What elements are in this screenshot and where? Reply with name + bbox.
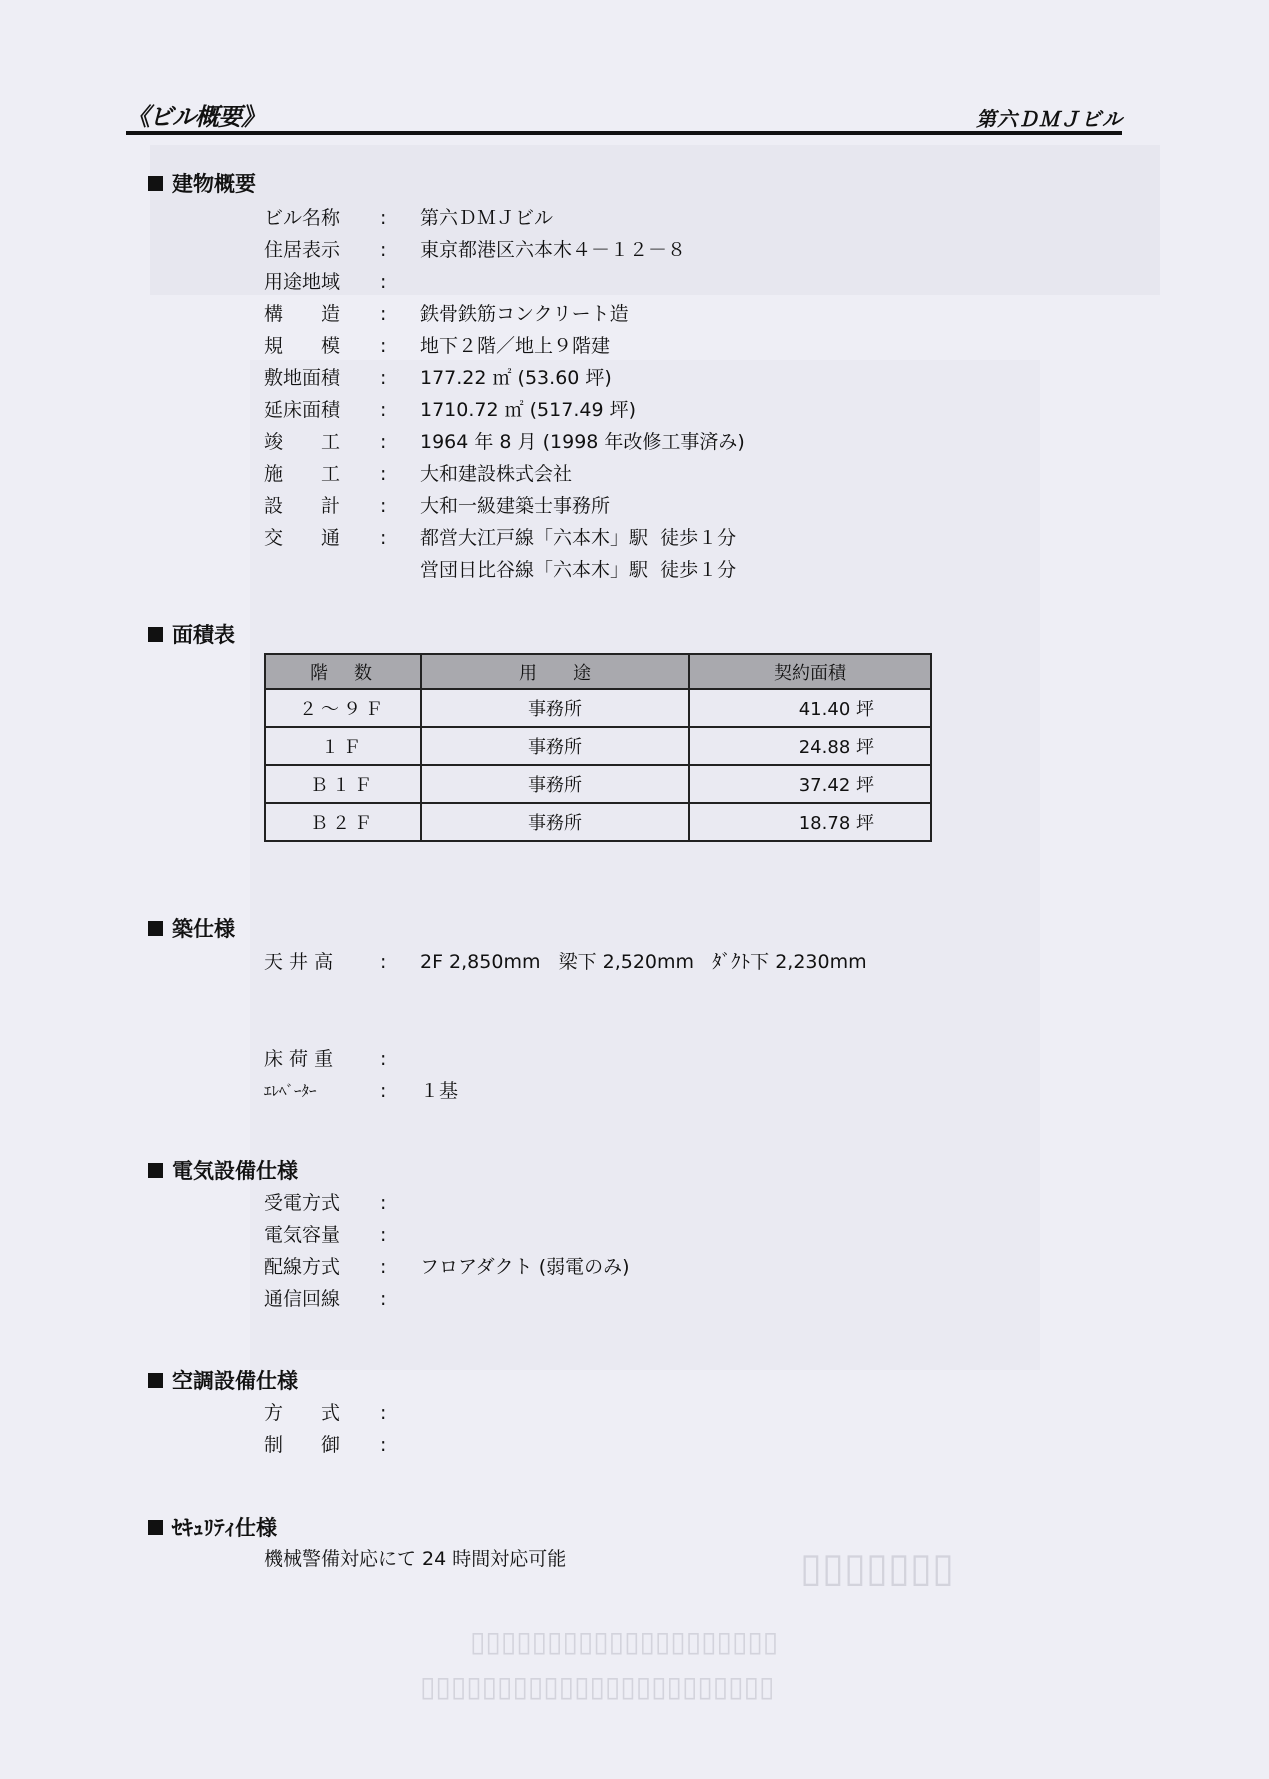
security-row: 機械警備対応にて 24 時間対応可能 <box>264 1543 566 1575</box>
field-label: 用途地域 <box>264 266 374 298</box>
colon: : <box>374 1397 420 1429</box>
colon: : <box>374 426 420 458</box>
field-label: 竣 工 <box>264 426 374 458</box>
bleed-through-text: ▯▯▯▯▯▯▯▯▯▯▯▯▯▯▯▯▯▯▯▯ <box>470 1625 778 1658</box>
section-title-electrical: 電気設備仕様 <box>148 1155 298 1185</box>
cell-floor: １Ｆ <box>265 727 421 765</box>
section-title-security: ｾｷｭﾘﾃｨ仕様 <box>148 1512 277 1542</box>
overview-row: 敷地面積:177.22 ㎡ (53.60 坪) <box>264 362 745 394</box>
cell-floor: ２～９Ｆ <box>265 689 421 727</box>
section-title-text: 面積表 <box>172 619 235 649</box>
square-bullet-icon <box>148 627 163 642</box>
overview-row: 延床面積:1710.72 ㎡ (517.49 坪) <box>264 394 745 426</box>
colon: : <box>374 298 420 330</box>
overview-row: 規 模:地下２階／地上９階建 <box>264 330 745 362</box>
cell-floor: Ｂ１Ｆ <box>265 765 421 803</box>
section-title-text: 築仕様 <box>172 913 235 943</box>
section-title-hvac: 空調設備仕様 <box>148 1365 298 1395</box>
overview-list: ビル名称:第六ＤＭＪビル 住居表示:東京都港区六本木４－１２－８ 用途地域: 構… <box>264 202 745 586</box>
overview-row: 設 計:大和一級建築士事務所 <box>264 490 745 522</box>
overview-row: 用途地域: <box>264 266 745 298</box>
field-value: 1964 年 8 月 (1998 年改修工事済み) <box>420 426 745 458</box>
colon: : <box>374 234 420 266</box>
section-title-construction: 築仕様 <box>148 913 235 943</box>
colon: : <box>374 394 420 426</box>
electrical-row: 配線方式:フロアダクト (弱電のみ) <box>264 1251 630 1283</box>
colon: : <box>374 1251 420 1283</box>
section-title-text: ｾｷｭﾘﾃｨ仕様 <box>172 1512 277 1542</box>
electrical-row: 電気容量: <box>264 1219 630 1251</box>
overview-row: 竣 工:1964 年 8 月 (1998 年改修工事済み) <box>264 426 745 458</box>
colon <box>374 554 420 586</box>
hvac-list: 方 式: 制 御: <box>264 1397 420 1461</box>
field-label: 構 造 <box>264 298 374 330</box>
construction-row: 床 荷 重: <box>264 1043 458 1075</box>
colon: : <box>374 1283 420 1315</box>
construction-list: 天 井 高:2F 2,850mm 梁下 2,520mm ﾀﾞｸﾄ下 2,230m… <box>264 946 867 978</box>
field-value: フロアダクト (弱電のみ) <box>420 1251 630 1283</box>
colon: : <box>374 1429 420 1461</box>
cell-area: 41.40 坪 <box>689 689 931 727</box>
table-row: Ｂ１Ｆ 事務所 37.42 坪 <box>265 765 931 803</box>
field-label: 配線方式 <box>264 1251 374 1283</box>
field-label: 住居表示 <box>264 234 374 266</box>
column-header-area: 契約面積 <box>689 654 931 689</box>
field-value: 大和一級建築士事務所 <box>420 490 610 522</box>
field-label: 通信回線 <box>264 1283 374 1315</box>
colon: : <box>374 330 420 362</box>
bleed-through-text: ▯▯▯▯▯▯▯ <box>800 1545 954 1591</box>
hvac-row: 方 式: <box>264 1397 420 1429</box>
square-bullet-icon <box>148 176 163 191</box>
overview-row: 交 通:都営大江戸線「六本木」駅 徒歩１分 <box>264 522 745 554</box>
electrical-list: 受電方式: 電気容量: 配線方式:フロアダクト (弱電のみ) 通信回線: <box>264 1187 630 1315</box>
electrical-row: 受電方式: <box>264 1187 630 1219</box>
field-label: ビル名称 <box>264 202 374 234</box>
field-value: 大和建設株式会社 <box>420 458 572 490</box>
field-value: 東京都港区六本木４－１２－８ <box>420 234 686 266</box>
overview-row: 住居表示:東京都港区六本木４－１２－８ <box>264 234 745 266</box>
colon: : <box>374 522 420 554</box>
table-header-row: 階 数 用 途 契約面積 <box>265 654 931 689</box>
overview-row: 営団日比谷線「六本木」駅 徒歩１分 <box>264 554 745 586</box>
section-title-text: 建物概要 <box>172 168 256 198</box>
field-label <box>264 554 374 586</box>
table-row: １Ｆ 事務所 24.88 坪 <box>265 727 931 765</box>
table-row: Ｂ２Ｆ 事務所 18.78 坪 <box>265 803 931 841</box>
colon: : <box>374 266 420 298</box>
field-label: 天 井 高 <box>264 946 374 978</box>
square-bullet-icon <box>148 1520 163 1535</box>
cell-area: 37.42 坪 <box>689 765 931 803</box>
field-label: 電気容量 <box>264 1219 374 1251</box>
field-value: 177.22 ㎡ (53.60 坪) <box>420 362 612 394</box>
overview-row: ビル名称:第六ＤＭＪビル <box>264 202 745 234</box>
field-label: 設 計 <box>264 490 374 522</box>
field-value: 1710.72 ㎡ (517.49 坪) <box>420 394 636 426</box>
cell-area: 18.78 坪 <box>689 803 931 841</box>
column-header-floor: 階 数 <box>265 654 421 689</box>
colon: : <box>374 490 420 522</box>
security-text-block: 機械警備対応にて 24 時間対応可能 <box>264 1543 566 1575</box>
field-label: 交 通 <box>264 522 374 554</box>
field-label: 延床面積 <box>264 394 374 426</box>
section-title-overview: 建物概要 <box>148 168 256 198</box>
field-value: 2F 2,850mm 梁下 2,520mm ﾀﾞｸﾄ下 2,230mm <box>420 946 867 978</box>
construction-row: ｴﾚﾍﾞｰﾀｰ:１基 <box>264 1075 458 1107</box>
colon: : <box>374 1075 420 1107</box>
colon: : <box>374 1187 420 1219</box>
colon: : <box>374 458 420 490</box>
section-title-text: 空調設備仕様 <box>172 1365 298 1395</box>
electrical-row: 通信回線: <box>264 1283 630 1315</box>
field-value: 鉄骨鉄筋コンクリート造 <box>420 298 629 330</box>
field-label: 受電方式 <box>264 1187 374 1219</box>
cell-use: 事務所 <box>421 803 689 841</box>
page-title: 《ビル概要》 <box>126 97 264 132</box>
cell-use: 事務所 <box>421 727 689 765</box>
cell-floor: Ｂ２Ｆ <box>265 803 421 841</box>
table-row: ２～９Ｆ 事務所 41.40 坪 <box>265 689 931 727</box>
cell-use: 事務所 <box>421 689 689 727</box>
building-name-header: 第六ＤＭＪビル <box>976 103 1123 132</box>
field-label: 規 模 <box>264 330 374 362</box>
square-bullet-icon <box>148 1373 163 1388</box>
header-divider <box>126 131 1122 135</box>
area-table: 階 数 用 途 契約面積 ２～９Ｆ 事務所 41.40 坪 １Ｆ 事務所 24.… <box>264 653 932 842</box>
colon: : <box>374 1043 420 1075</box>
field-value: １基 <box>420 1075 458 1107</box>
hvac-row: 制 御: <box>264 1429 420 1461</box>
square-bullet-icon <box>148 921 163 936</box>
field-label: 施 工 <box>264 458 374 490</box>
colon: : <box>374 202 420 234</box>
cell-use: 事務所 <box>421 765 689 803</box>
construction-list-2: 床 荷 重: ｴﾚﾍﾞｰﾀｰ:１基 <box>264 1043 458 1107</box>
colon: : <box>374 1219 420 1251</box>
field-value: 地下２階／地上９階建 <box>420 330 610 362</box>
cell-area: 24.88 坪 <box>689 727 931 765</box>
overview-row: 施 工:大和建設株式会社 <box>264 458 745 490</box>
document-page: ▯▯▯▯▯▯▯ ▯▯▯▯▯▯▯▯▯▯▯▯▯▯▯▯▯▯▯▯ ▯▯▯▯▯▯▯▯▯▯▯… <box>0 0 1269 1779</box>
section-title-text: 電気設備仕様 <box>172 1155 298 1185</box>
field-label: 方 式 <box>264 1397 374 1429</box>
construction-row: 天 井 高:2F 2,850mm 梁下 2,520mm ﾀﾞｸﾄ下 2,230m… <box>264 946 867 978</box>
security-description: 機械警備対応にて 24 時間対応可能 <box>264 1543 566 1575</box>
field-label: 制 御 <box>264 1429 374 1461</box>
bleed-through-text: ▯▯▯▯▯▯▯▯▯▯▯▯▯▯▯▯▯▯▯▯▯▯▯ <box>420 1670 774 1703</box>
field-label: 床 荷 重 <box>264 1043 374 1075</box>
colon: : <box>374 946 420 978</box>
field-value: 都営大江戸線「六本木」駅 徒歩１分 <box>420 522 736 554</box>
field-value: 第六ＤＭＪビル <box>420 202 553 234</box>
field-label: 敷地面積 <box>264 362 374 394</box>
field-value: 営団日比谷線「六本木」駅 徒歩１分 <box>420 554 736 586</box>
field-label: ｴﾚﾍﾞｰﾀｰ <box>264 1075 374 1107</box>
colon: : <box>374 362 420 394</box>
section-title-area-table: 面積表 <box>148 619 235 649</box>
column-header-use: 用 途 <box>421 654 689 689</box>
overview-row: 構 造:鉄骨鉄筋コンクリート造 <box>264 298 745 330</box>
square-bullet-icon <box>148 1163 163 1178</box>
